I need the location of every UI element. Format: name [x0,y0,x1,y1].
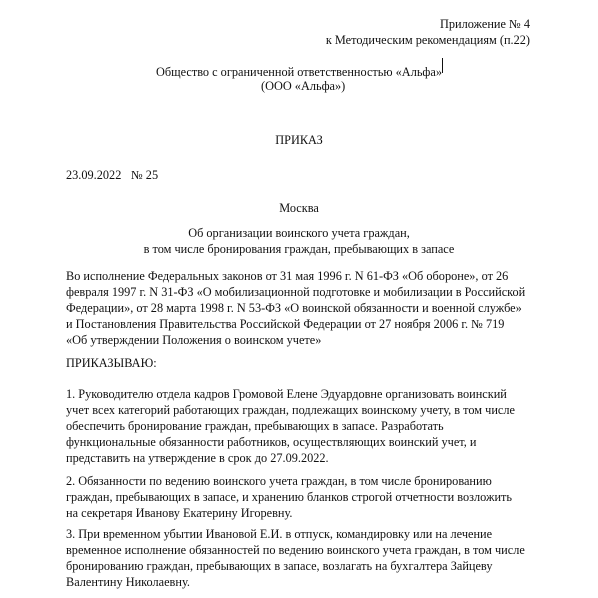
order-item-1: 1. Руководителю отдела кадров Громовой Е… [66,386,566,466]
order-item-line: представить на утверждение в срок до 27.… [66,450,566,466]
order-item-line: функциональные обязанности работников, о… [66,434,566,450]
order-item-line: граждан, пребывающих в запасе, и хранени… [66,489,566,505]
preamble-line: Во исполнение Федеральных законов от 31 … [66,268,566,284]
appendix-reference: к Методическим рекомендациям (п.22) [326,33,530,48]
preamble-line: Федерации», от 28 марта 1998 г. N 53-ФЗ … [66,300,566,316]
organization-short-name: (ООО «Альфа») [261,79,345,94]
order-item-line: на секретаря Иванову Екатерину Игоревну. [66,505,566,521]
order-city: Москва [0,201,598,216]
preamble: Во исполнение Федеральных законов от 31 … [66,268,566,348]
order-item-3: 3. При временном убытии Ивановой Е.И. в … [66,526,566,590]
text-cursor [442,58,443,73]
order-item-line: учет всех категорий работающих граждан, … [66,402,566,418]
order-item-line: 1. Руководителю отдела кадров Громовой Е… [66,386,566,402]
order-item-line: обеспечить бронирование граждан, пребыва… [66,418,566,434]
order-directive-word: ПРИКАЗЫВАЮ: [66,356,157,371]
preamble-line: «Об утверждении Положения о воинском уче… [66,332,566,348]
order-item-line: 2. Обязанности по ведению воинского учет… [66,473,566,489]
order-item-2: 2. Обязанности по ведению воинского учет… [66,473,566,521]
order-item-line: 3. При временном убытии Ивановой Е.И. в … [66,526,566,542]
preamble-line: февраля 1997 г. N 31-ФЗ «О мобилизационн… [66,284,566,300]
organization-full-name: Общество с ограниченной ответственностью… [156,63,443,80]
order-number: № 25 [131,168,158,183]
order-item-line: бронированию граждан, пребывающих в запа… [66,558,566,574]
order-item-line: Валентину Николаевну. [66,574,566,590]
order-subject-line-2: в том числе бронирования граждан, пребыв… [0,242,598,257]
order-item-line: временное исполнение обязанностей по вед… [66,542,566,558]
organization-full-name-text: Общество с ограниченной ответственностью… [156,65,442,79]
appendix-number: Приложение № 4 [440,17,530,32]
order-subject-line-1: Об организации воинского учета граждан, [0,226,598,241]
order-date: 23.09.2022 [66,168,121,183]
preamble-line: и Постановления Правительства Российской… [66,316,566,332]
order-title: ПРИКАЗ [0,133,598,148]
